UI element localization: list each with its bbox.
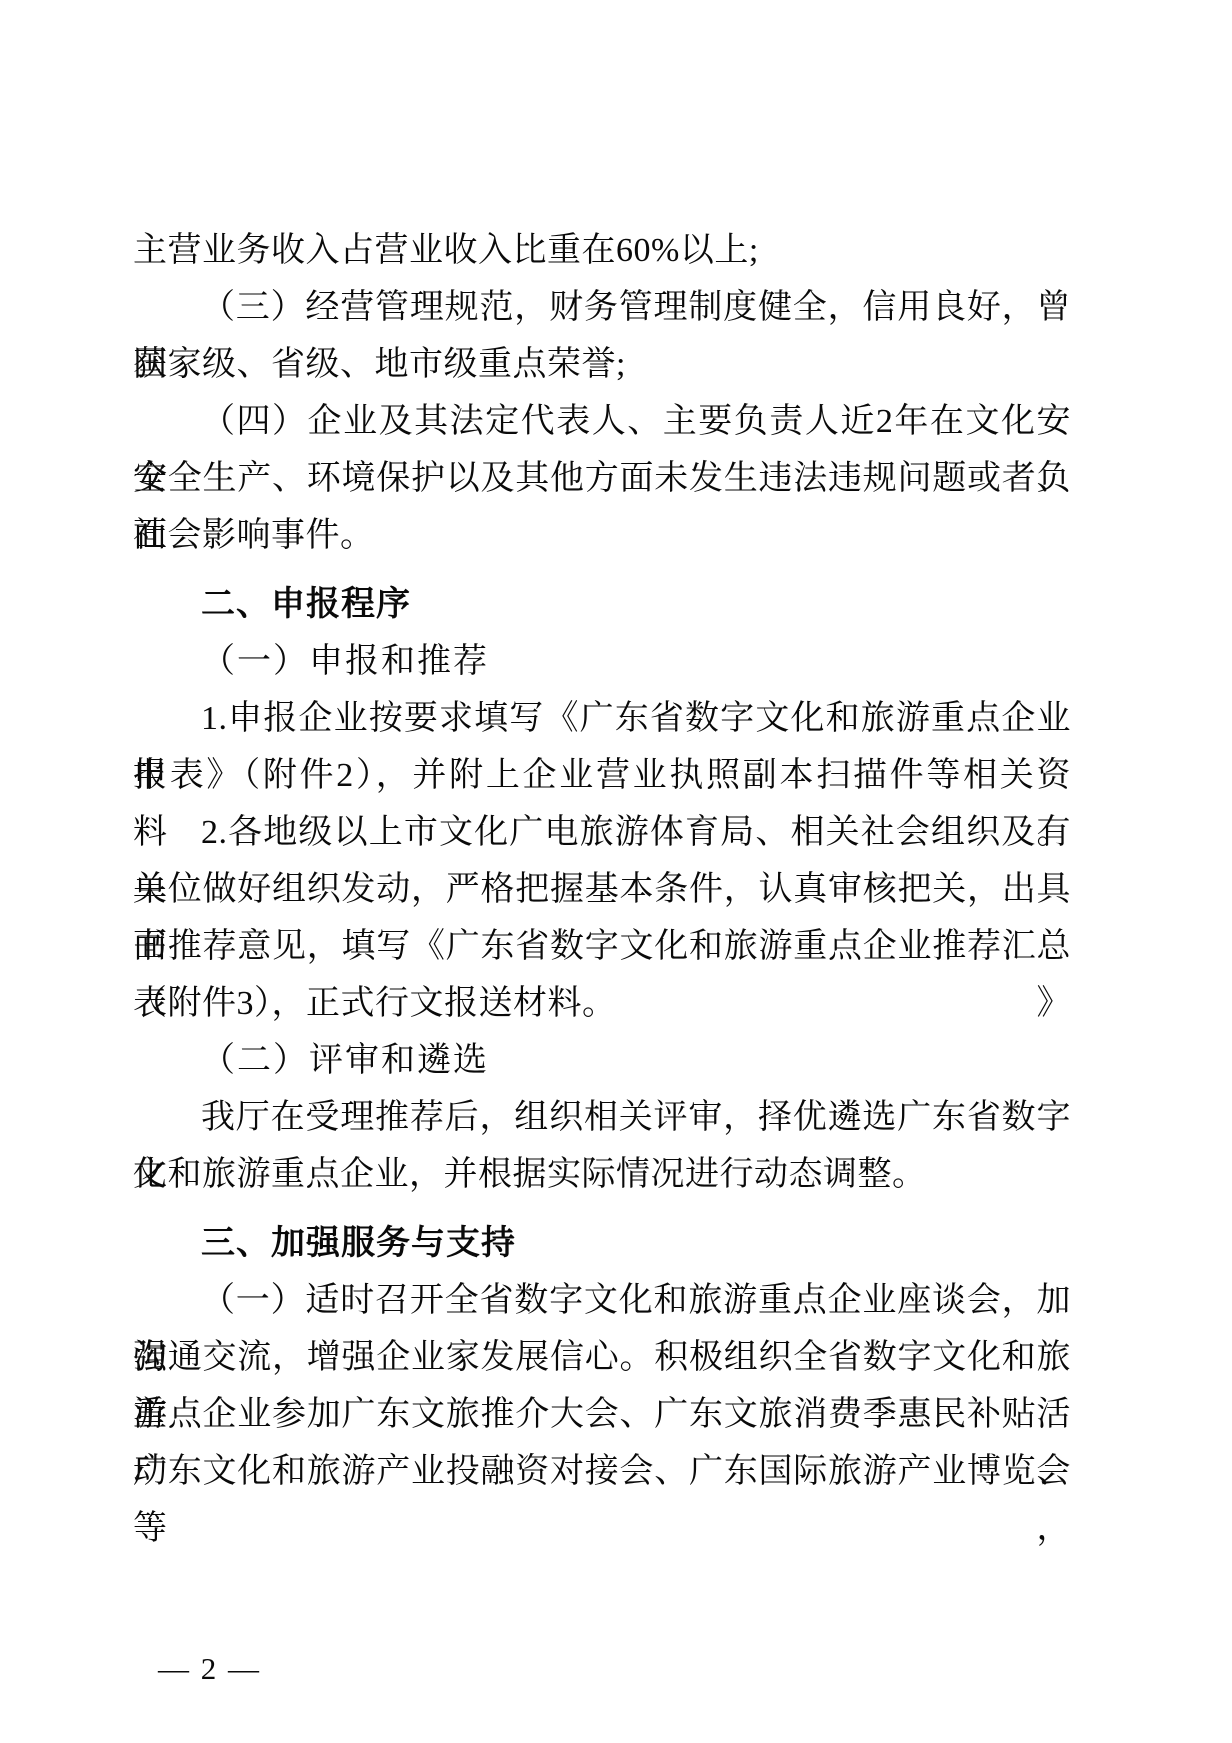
body-line: 国家级、省级、地市级重点荣誉; <box>133 336 1071 393</box>
body-line: （一）适时召开全省数字文化和旅游重点企业座谈会，加强 <box>133 1272 1071 1329</box>
document-body: 主营业务收入占营业收入比重在60%以上; （三）经营管理规范，财务管理制度健全，… <box>133 222 1071 1500</box>
body-line: 报表》（附件2），并附上企业营业执照副本扫描件等相关资料。 <box>133 747 1071 804</box>
body-line: 社会影响事件。 <box>133 507 1071 564</box>
body-line: 单位做好组织发动，严格把握基本条件，认真审核把关，出具书 <box>133 861 1071 918</box>
body-line: 主营业务收入占营业收入比重在60%以上; <box>133 222 1071 279</box>
sub-heading-2-2: （二）评审和遴选 <box>133 1032 1071 1089</box>
body-line: 面推荐意见，填写《广东省数字文化和旅游重点企业推荐汇总表》 <box>133 918 1071 975</box>
document-page: 主营业务收入占营业收入比重在60%以上; （三）经营管理规范，财务管理制度健全，… <box>0 0 1232 1743</box>
body-line: （四）企业及其法定代表人、主要负责人近2年在文化安全、 <box>133 393 1071 450</box>
section-heading-2: 二、申报程序 <box>133 576 1071 633</box>
body-line: 广东文化和旅游产业投融资对接会、广东国际旅游产业博览会等， <box>133 1443 1071 1500</box>
body-line: 沟通交流，增强企业家发展信心。积极组织全省数字文化和旅游 <box>133 1329 1071 1386</box>
body-line: （三）经营管理规范，财务管理制度健全，信用良好，曾获 <box>133 279 1071 336</box>
body-line: 安全生产、环境保护以及其他方面未发生违法违规问题或者负面 <box>133 450 1071 507</box>
body-line: 1.申报企业按要求填写《广东省数字文化和旅游重点企业申 <box>133 690 1071 747</box>
body-line: 2.各地级以上市文化广电旅游体育局、相关社会组织及有关 <box>133 804 1071 861</box>
section-heading-3: 三、加强服务与支持 <box>133 1215 1071 1272</box>
page-number: — 2 — <box>158 1645 261 1693</box>
sub-heading-2-1: （一）申报和推荐 <box>133 633 1071 690</box>
body-line: 化和旅游重点企业，并根据实际情况进行动态调整。 <box>133 1146 1071 1203</box>
body-line: 重点企业参加广东文旅推介大会、广东文旅消费季惠民补贴活动、 <box>133 1386 1071 1443</box>
body-line: 我厅在受理推荐后，组织相关评审，择优遴选广东省数字文 <box>133 1089 1071 1146</box>
